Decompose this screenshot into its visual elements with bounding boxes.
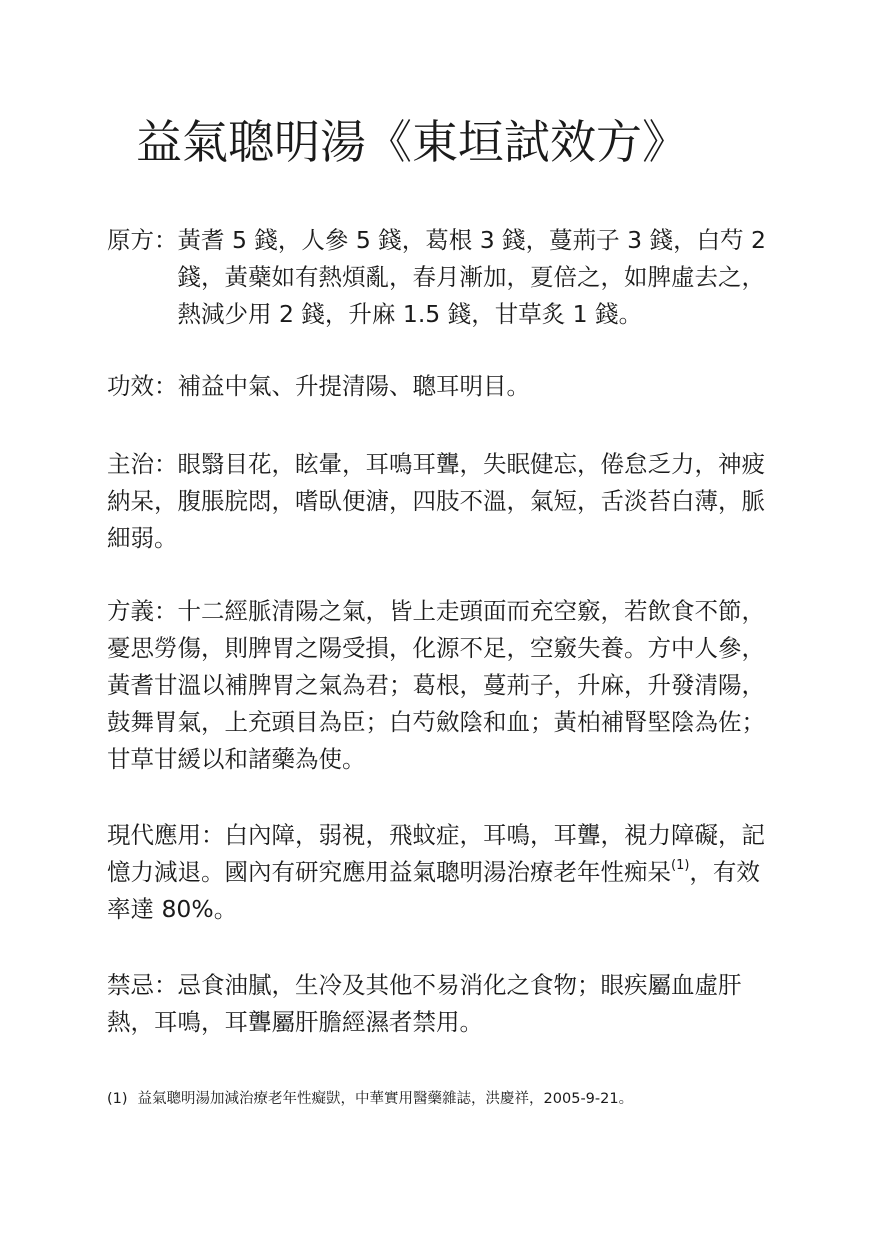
formula-label: 原方： <box>107 222 178 333</box>
contraindications-label: 禁忌： <box>107 971 178 999</box>
indications-label: 主治： <box>107 450 178 478</box>
section-indications: 主治：眼翳目花，眩暈，耳鳴耳聾，失眠健忘，倦怠乏力，神疲納呆，腹脹脘悶，嗜臥便溏… <box>107 446 767 557</box>
section-efficacy: 功效：補益中氣、升提清陽、聰耳明目。 <box>107 368 767 405</box>
section-modern-use: 現代應用：白內障，弱視，飛蚊症，耳鳴，耳聾，視力障礙，記憶力減退。國內有研究應用… <box>107 817 767 928</box>
footnote-number: (1) <box>107 1091 128 1107</box>
page-title: 益氣聰明湯《東垣試效方》 <box>136 112 688 172</box>
rationale-text: 十二經脈清陽之氣，皆上走頭面而充空竅，若飲食不節，憂思勞傷，則脾胃之陽受損，化源… <box>107 597 765 773</box>
efficacy-text: 補益中氣、升提清陽、聰耳明目。 <box>178 372 531 400</box>
modern-use-label: 現代應用： <box>107 821 225 849</box>
formula-text: 黃耆 5 錢，人參 5 錢，葛根 3 錢，蔓荊子 3 錢，白芍 2 錢，黃蘗如有… <box>178 222 768 333</box>
footnote-text: 益氣聰明湯加減治療老年性癡獃，中華實用醫藥雜誌，洪慶祥，2005-9-21。 <box>138 1091 634 1107</box>
indications-text: 眼翳目花，眩暈，耳鳴耳聾，失眠健忘，倦怠乏力，神疲納呆，腹脹脘悶，嗜臥便溏，四肢… <box>107 450 765 552</box>
rationale-label: 方義： <box>107 597 178 625</box>
section-contraindications: 禁忌：忌食油膩，生冷及其他不易消化之食物；眼疾屬血虛肝熱，耳鳴，耳聾屬肝膽經濕者… <box>107 967 767 1041</box>
section-formula: 原方： 黃耆 5 錢，人參 5 錢，葛根 3 錢，蔓荊子 3 錢，白芍 2 錢，… <box>107 222 767 333</box>
footnote-reference[interactable]: (1) <box>671 858 689 873</box>
footnote: (1)益氣聰明湯加減治療老年性癡獃，中華實用醫藥雜誌，洪慶祥，2005-9-21… <box>107 1089 633 1109</box>
section-rationale: 方義：十二經脈清陽之氣，皆上走頭面而充空竅，若飲食不節，憂思勞傷，則脾胃之陽受損… <box>107 593 767 778</box>
efficacy-label: 功效： <box>107 372 178 400</box>
contraindications-text: 忌食油膩，生冷及其他不易消化之食物；眼疾屬血虛肝熱，耳鳴，耳聾屬肝膽經濕者禁用。 <box>107 971 742 1036</box>
